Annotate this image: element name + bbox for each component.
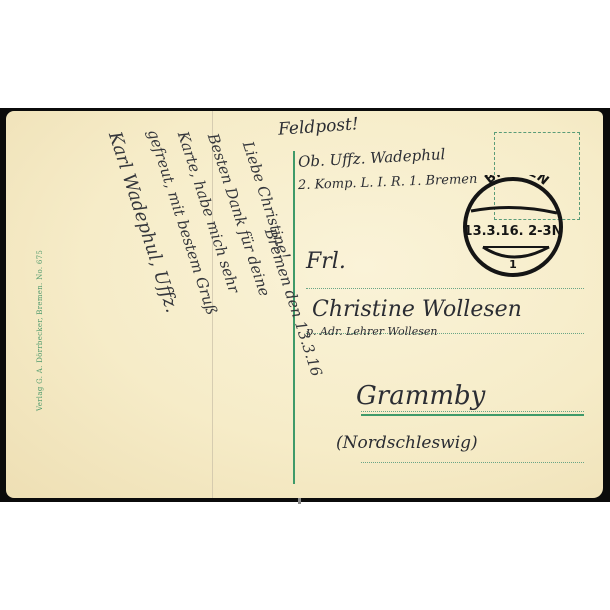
sender-line-1: Ob. Uffz. Wadephul [298, 145, 446, 171]
postmark: BREMEN 13.3.16. 2-3N 1 [461, 175, 565, 279]
recipient-town: Grammby [356, 381, 485, 411]
sender-line-2: 2. Komp. L. I. R. 1. Bremen [298, 172, 478, 193]
recipient-name: Christine Wollesen [312, 297, 522, 322]
recipient-salutation: Frl. [306, 249, 346, 274]
postmark-icon: BREMEN 13.3.16. 2-3N 1 [461, 175, 565, 279]
postcard: Verlag G. A. Dörrbecker, Bremen. No. 675… [6, 111, 603, 498]
address-underline [361, 414, 584, 416]
address-line-4 [361, 462, 584, 463]
svg-text:1: 1 [509, 258, 517, 271]
sender-header: Feldpost! [277, 114, 359, 140]
publisher-imprint: Verlag G. A. Dörrbecker, Bremen. No. 675 [36, 250, 44, 411]
address-line-3 [361, 411, 584, 412]
recipient-region: (Nordschleswig) [336, 433, 478, 453]
address-line-1 [306, 288, 584, 289]
svg-text:BREMEN: BREMEN [482, 175, 551, 189]
edge-mark [298, 498, 301, 504]
svg-text:13.3.16. 2-3N: 13.3.16. 2-3N [464, 224, 563, 239]
recipient-care-of: p. Adr. Lehrer Wollesen [306, 325, 437, 338]
